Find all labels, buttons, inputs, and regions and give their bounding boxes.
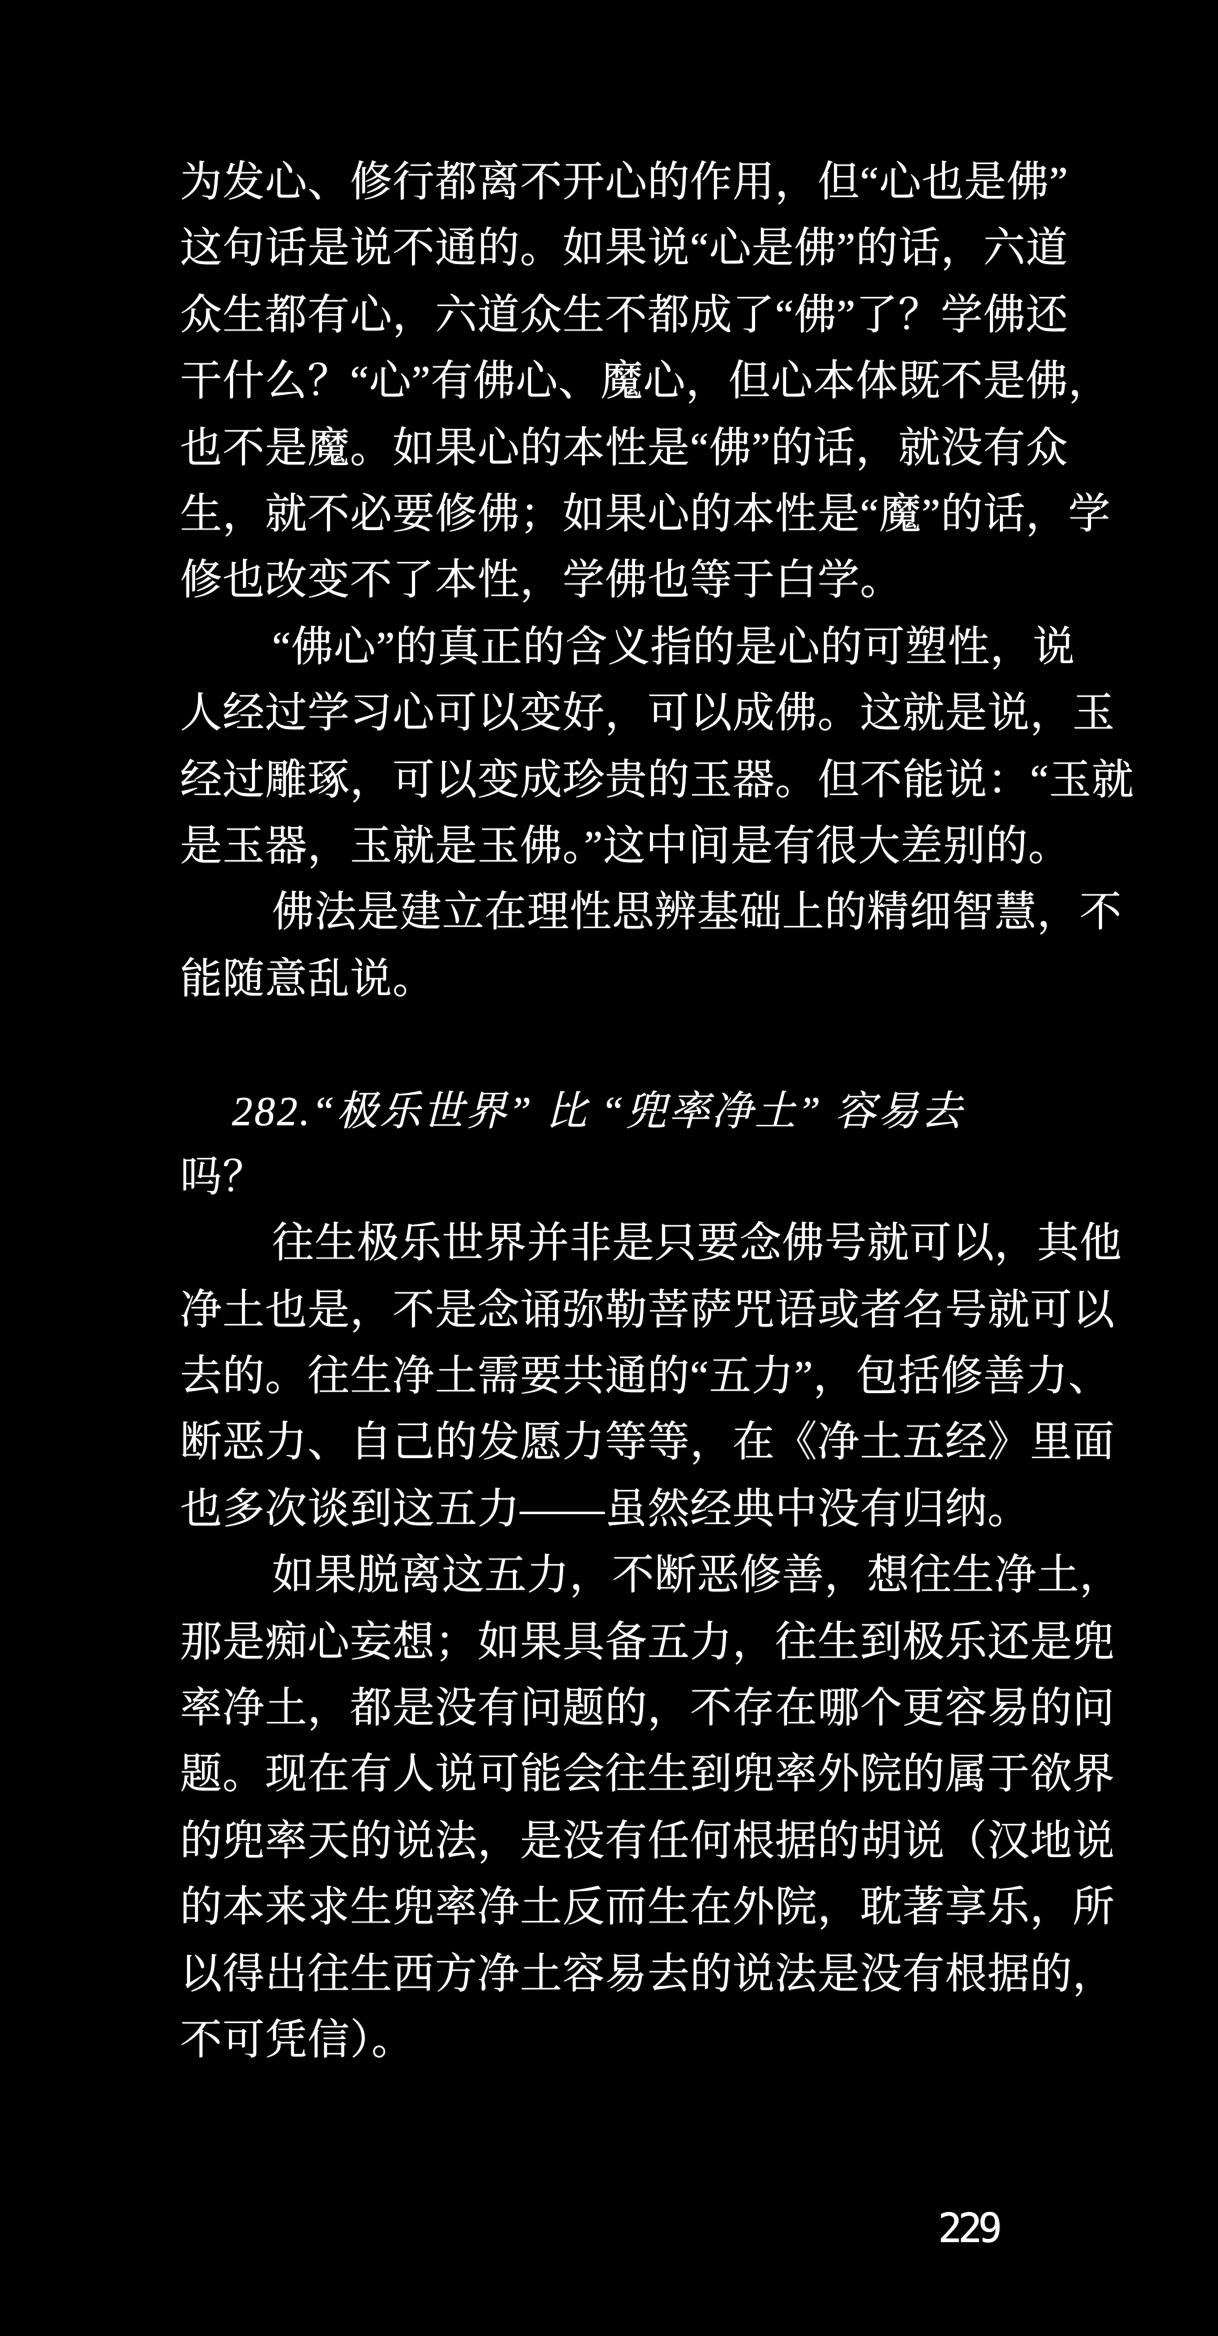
- text-line: 能随意乱说。: [180, 947, 1140, 1013]
- text-line: 也不是魔。如果心的本性是“佛”的话，就没有众: [180, 416, 1140, 482]
- text-line: 题。现在有人说可能会往生到兜率外院的属于欲界: [180, 1742, 1140, 1808]
- text-line: 以得出往生西方净土容易去的说法是没有根据的，: [180, 1942, 1140, 2008]
- text-line: 断恶力、自己的发愿力等等，在《净土五经》里面: [180, 1410, 1140, 1476]
- text-line: 这句话是说不通的。如果说“心是佛”的话，六道: [180, 216, 1140, 282]
- text-line: 那是痴心妄想；如果具备五力，往生到极乐还是兜: [180, 1610, 1140, 1676]
- paragraph-start-line: “佛心”的真正的含义指的是心的可塑性，说: [180, 615, 1140, 681]
- page-number: 229: [938, 2206, 998, 2252]
- text-line: 众生都有心，六道众生不都成了“佛”了？学佛还: [180, 283, 1140, 349]
- text-line: 也多次谈到这五力——虽然经典中没有归纳。: [180, 1477, 1140, 1543]
- text-line: 为发心、修行都离不开心的作用，但“心也是佛”: [180, 150, 1140, 216]
- text-line: 人经过学习心可以变好，可以成佛。这就是说，玉: [180, 681, 1140, 747]
- text-line: 的兜率天的说法，是没有任何根据的胡说（汉地说: [180, 1809, 1140, 1875]
- text-line: 净土也是，不是念诵弥勒菩萨咒语或者名号就可以: [180, 1278, 1140, 1344]
- section-heading-continued: 吗？: [180, 1145, 1140, 1211]
- text-line: 的本来求生兜率净土反而生在外院，耽著享乐，所: [180, 1875, 1140, 1941]
- text-line: 是玉器，玉就是玉佛。”这中间是有很大差别的。: [180, 814, 1140, 880]
- paragraph-start-line: 佛法是建立在理性思辨基础上的精细智慧，不: [180, 880, 1140, 946]
- paragraph-start-line: 往生极乐世界并非是只要念佛号就可以，其他: [180, 1211, 1140, 1277]
- text-line: 修也改变不了本性，学佛也等于白学。: [180, 548, 1140, 614]
- section-heading: 282.“极乐世界” 比 “兜率净土” 容易去: [180, 1078, 1140, 1144]
- text-line: 干什么？“心”有佛心、魔心，但心本体既不是佛，: [180, 349, 1140, 415]
- text-line: 去的。往生净土需要共通的“五力”，包括修善力、: [180, 1344, 1140, 1410]
- paragraph-start-line: 如果脱离这五力，不断恶修善，想往生净土，: [180, 1543, 1140, 1609]
- text-line: 经过雕琢，可以变成珍贵的玉器。但不能说：“玉就: [180, 748, 1140, 814]
- text-line: 率净土，都是没有问题的，不存在哪个更容易的问: [180, 1676, 1140, 1742]
- text-column: 为发心、修行都离不开心的作用，但“心也是佛” 这句话是说不通的。如果说“心是佛”…: [180, 150, 1140, 2074]
- section-gap: [180, 1013, 1140, 1078]
- text-line: 不可凭信）。: [180, 2008, 1140, 2074]
- scanned-book-page: 为发心、修行都离不开心的作用，但“心也是佛” 这句话是说不通的。如果说“心是佛”…: [0, 0, 1218, 2336]
- text-line: 生，就不必要修佛；如果心的本性是“魔”的话，学: [180, 482, 1140, 548]
